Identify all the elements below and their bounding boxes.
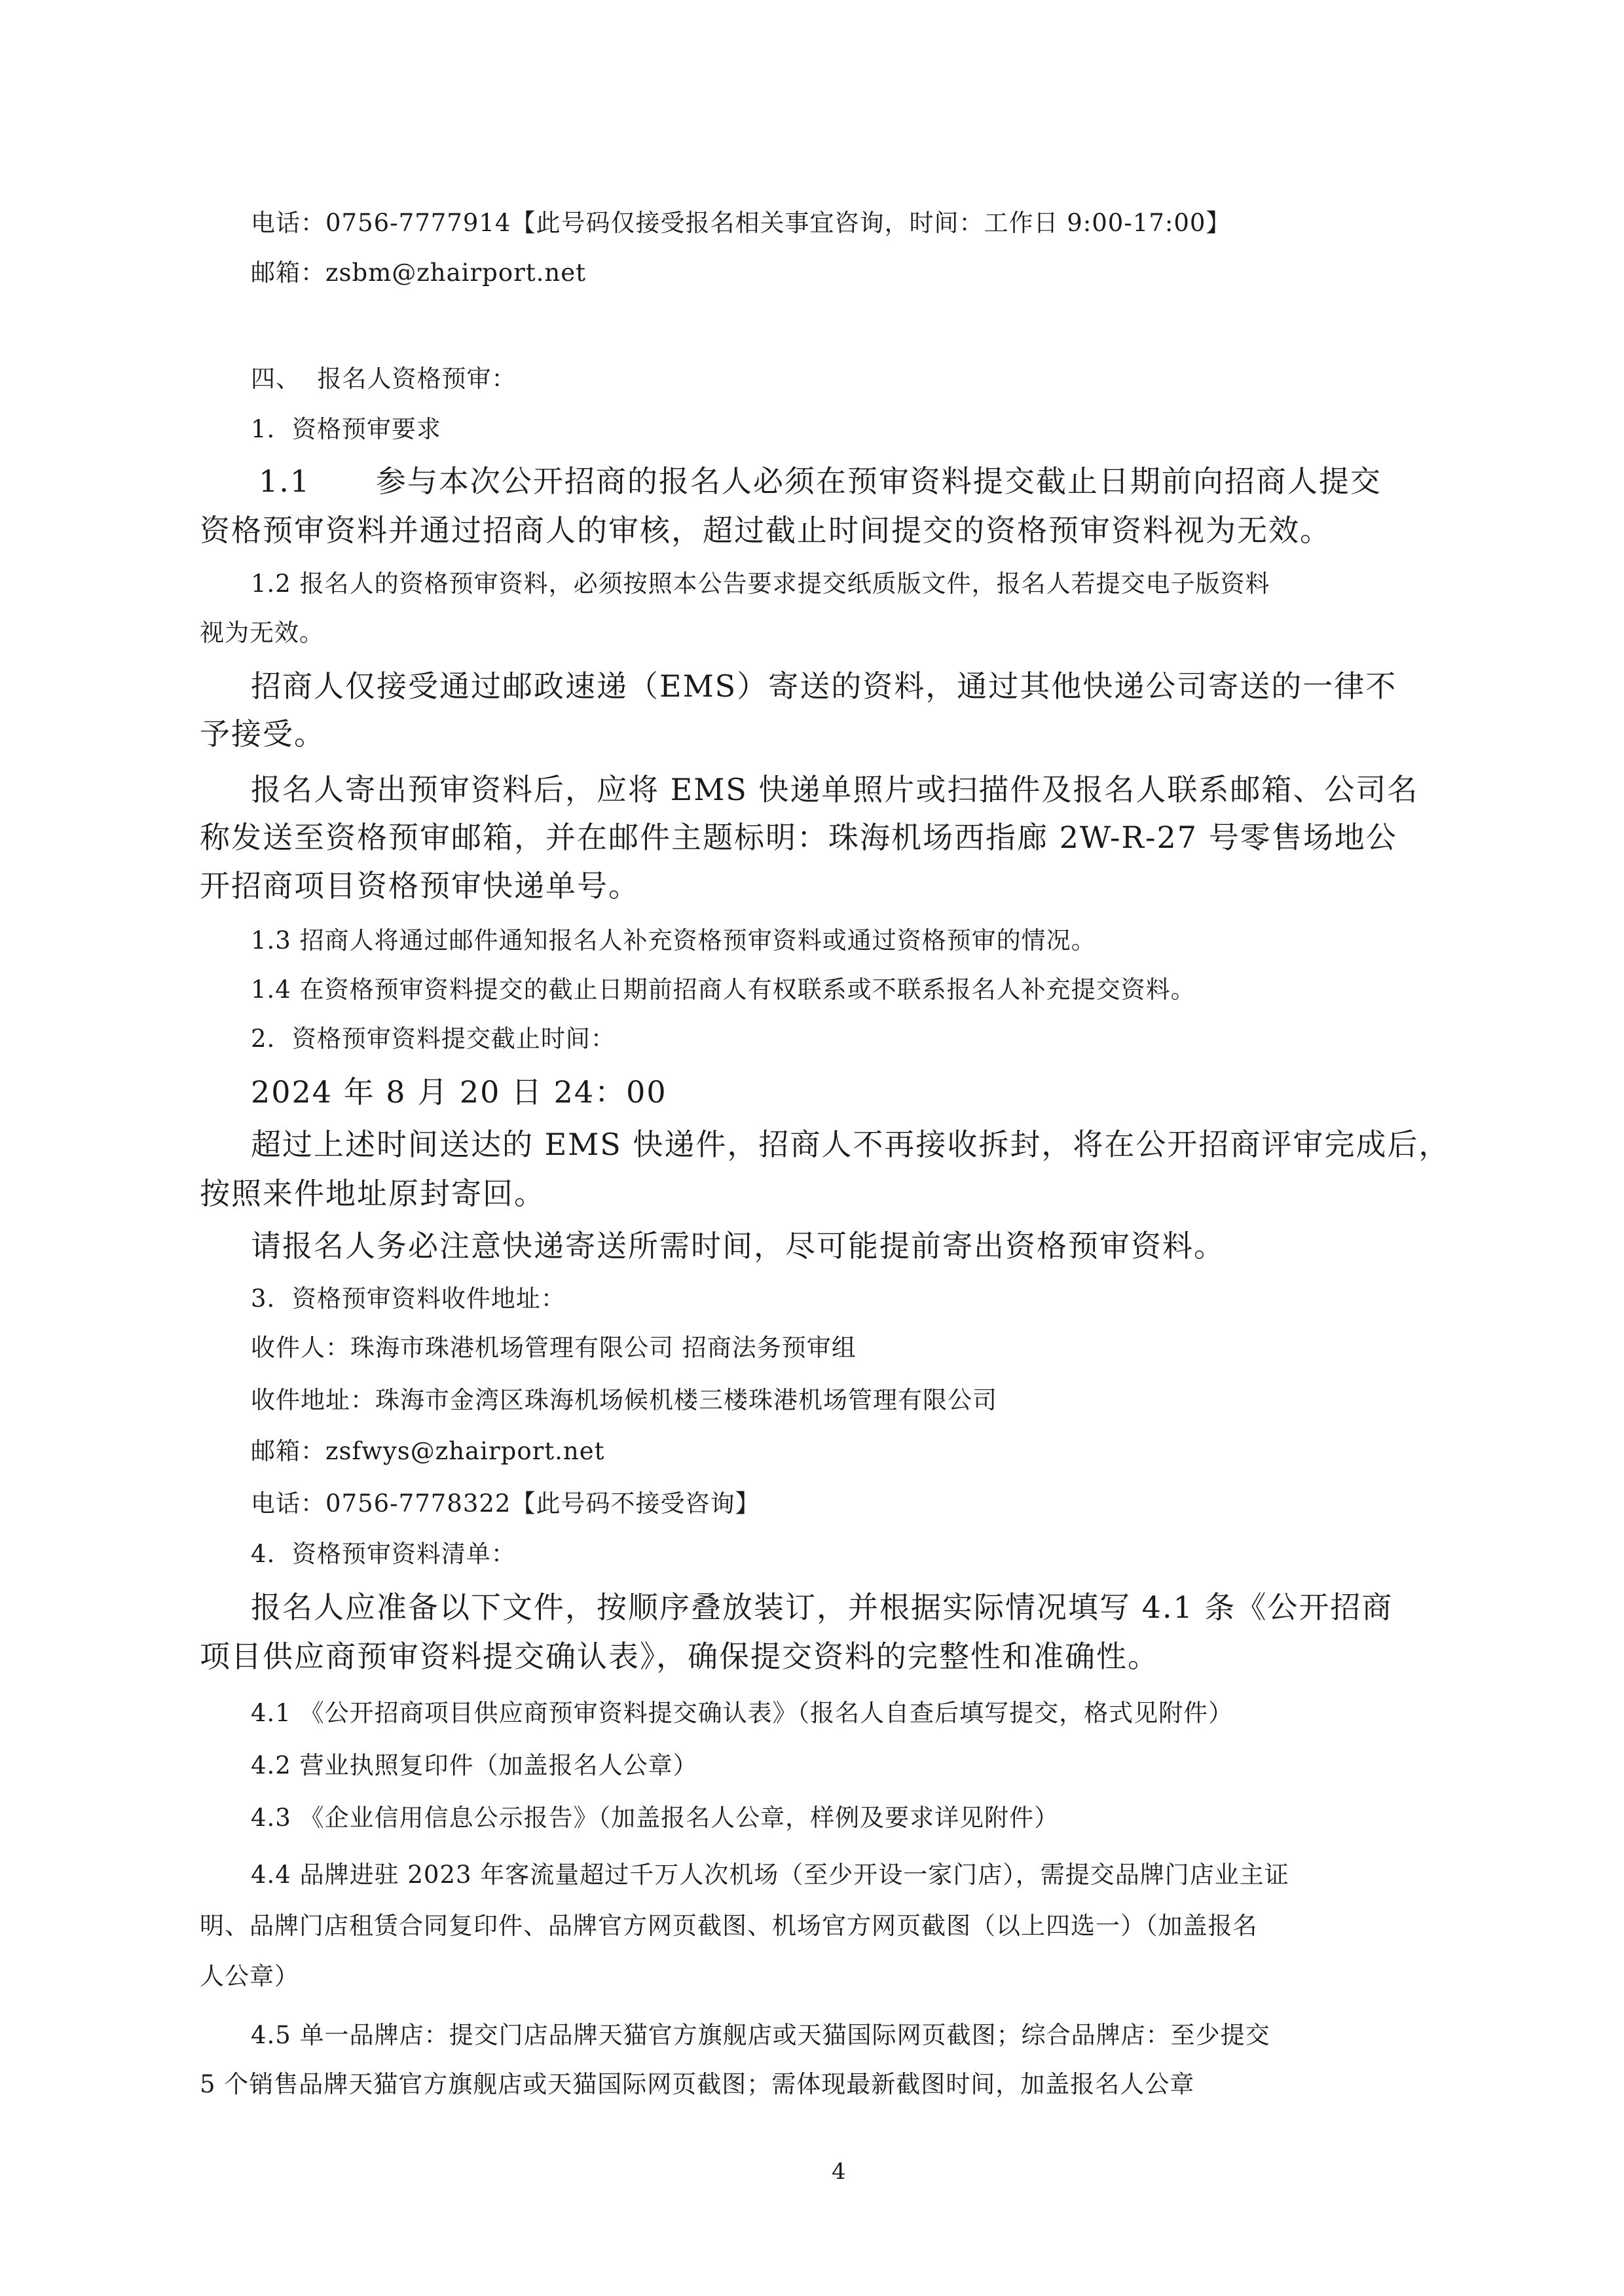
late-line1: 超过上述时间送达的 EMS 快递件，招商人不再接收拆封，将在公开招商评审完成后， (251, 1129, 1450, 1159)
contact-phone: 电话：0756-7777914【此号码仅接受报名相关事宜咨询，时间：工作日 9:… (251, 211, 1230, 235)
page-number: 4 (832, 2160, 846, 2183)
list-item-4-4-line2: 明、品牌门店租赁合同复印件、品牌官方网页截图、机场官方网页截图（以上四选一）（加… (200, 1914, 1258, 1938)
list-item-4-3: 4.3 《企业信用信息公示报告》（加盖报名人公章，样例及要求详见附件） (251, 1806, 1059, 1830)
ems-only-line2: 予接受。 (200, 719, 325, 749)
list-intro-line2: 项目供应商预审资料提交确认表》，确保提交资料的完整性和准确性。 (200, 1641, 1159, 1671)
section-heading: 四、 报名人资格预审： (251, 367, 517, 391)
para-1-1-line2: 资格预审资料并通过招商人的审核，超过截止时间提交的资格预审资料视为无效。 (200, 515, 1331, 545)
item2-heading: 2. 资格预审资料提交截止时间： (251, 1027, 616, 1051)
item3-heading: 3. 资格预审资料收件地址： (251, 1286, 566, 1311)
list-item-4-5-line1: 4.5 单一品牌店：提交门店品牌天猫官方旗舰店或天猫国际网页截图；综合品牌店：至… (251, 2023, 1270, 2047)
ems-only-line1: 招商人仅接受通过邮政速递（EMS）寄送的资料，通过其他快递公司寄送的一律不 (251, 671, 1397, 701)
notify-line3: 开招商项目资格预审快递单号。 (200, 871, 640, 901)
item1-heading: 1. 资格预审要求 (251, 417, 441, 441)
recipient-email: 邮箱：zsfwys@zhairport.net (251, 1439, 605, 1463)
list-item-4-1: 4.1 《公开招商项目供应商预审资料提交确认表》（报名人自查后填写提交，格式见附… (251, 1701, 1233, 1725)
document-page: 电话：0756-7777914【此号码仅接受报名相关事宜咨询，时间：工作日 9:… (0, 0, 1624, 2296)
reminder: 请报名人务必注意快递寄送所需时间，尽可能提前寄出资格预审资料。 (251, 1231, 1225, 1261)
list-item-4-4-line3: 人公章） (200, 1964, 299, 1988)
list-item-4-2: 4.2 营业执照复印件（加盖报名人公章） (251, 1753, 698, 1777)
list-item-4-5-line2: 5 个销售品牌天猫官方旗舰店或天猫国际网页截图；需体现最新截图时间，加盖报名人公… (200, 2072, 1194, 2096)
para-1-3: 1.3 招商人将通过邮件通知报名人补充资格预审资料或通过资格预审的情况。 (251, 928, 1096, 953)
para-1-2-line2: 视为无效。 (200, 621, 324, 645)
late-line2: 按照来件地址原封寄回。 (200, 1178, 545, 1209)
para-1-1-line1: 1.1 参与本次公开招商的报名人必须在预审资料提交截止日期前向招商人提交 (259, 466, 1382, 496)
recipient-phone: 电话：0756-7778322【此号码不接受咨询】 (251, 1491, 760, 1516)
para-1-2-line1: 1.2 报名人的资格预审资料，必须按照本公告要求提交纸质版文件，报名人若提交电子… (251, 572, 1270, 596)
deadline: 2024 年 8 月 20 日 24：00 (251, 1077, 667, 1107)
list-intro-line1: 报名人应准备以下文件，按顺序叠放装订，并根据实际情况填写 4.1 条《公开招商 (251, 1592, 1393, 1622)
contact-email: 邮箱：zsbm@zhairport.net (251, 261, 586, 285)
para-1-4: 1.4 在资格预审资料提交的截止日期前招商人有权联系或不联系报名人补充提交资料。 (251, 977, 1196, 1002)
notify-line1: 报名人寄出预审资料后，应将 EMS 快递单照片或扫描件及报名人联系邮箱、公司名 (251, 774, 1418, 805)
recipient: 收件人：珠海市珠港机场管理有限公司 招商法务预审组 (251, 1336, 857, 1360)
notify-line2: 称发送至资格预审邮箱，并在邮件主题标明：珠海机场西指廊 2W-R-27 号零售场… (200, 822, 1397, 852)
list-item-4-4-line1: 4.4 品牌进驻 2023 年客流量超过千万人次机场（至少开设一家门店），需提交… (251, 1863, 1289, 1887)
item4-heading: 4. 资格预审资料清单： (251, 1542, 516, 1566)
recipient-address: 收件地址：珠海市金湾区珠海机场候机楼三楼珠港机场管理有限公司 (251, 1388, 997, 1412)
